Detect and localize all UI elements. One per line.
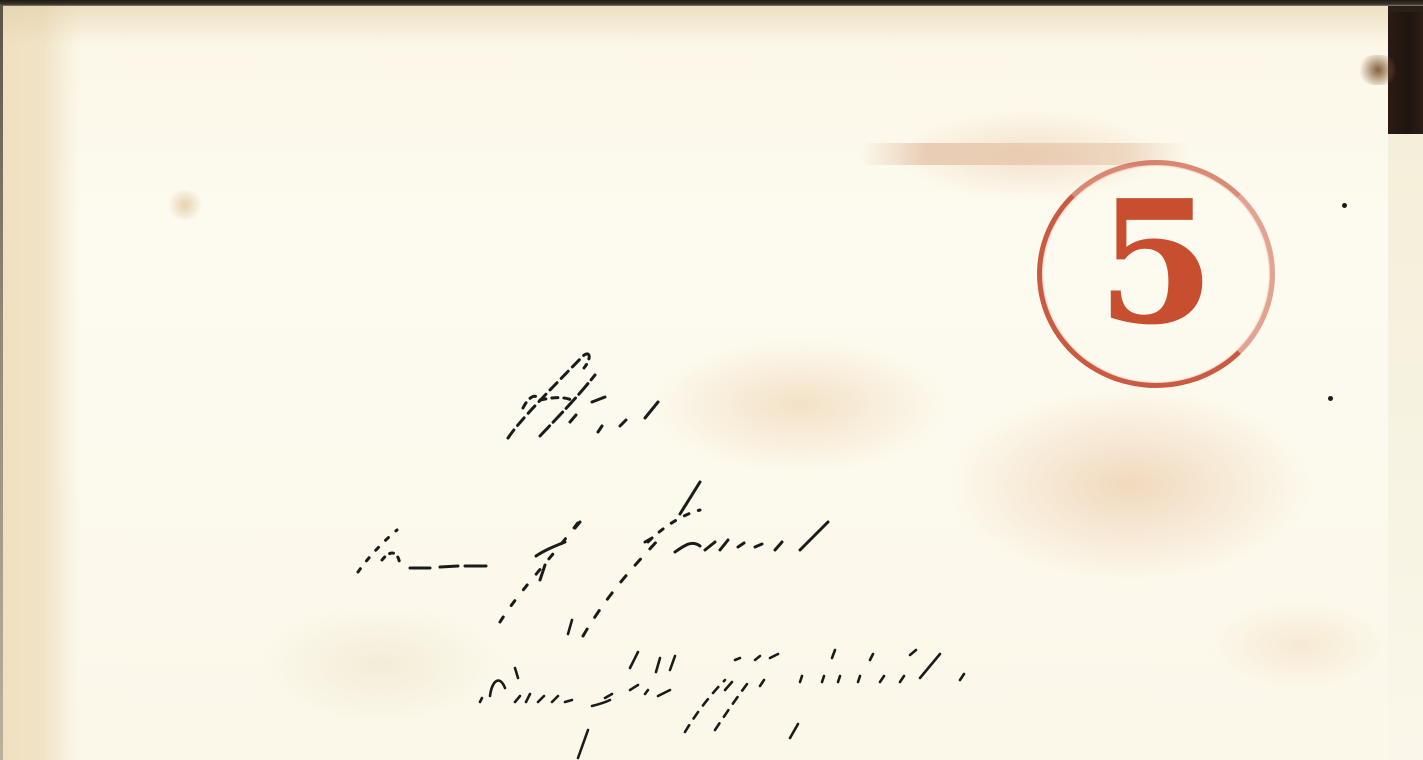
stain-spot xyxy=(165,190,205,220)
top-fold-shadow xyxy=(0,5,1388,45)
address-line-1-script xyxy=(340,470,1040,640)
address-line-1: Rev. ? Garrard xyxy=(340,470,1040,645)
ink-dot xyxy=(1342,203,1347,208)
left-edge xyxy=(0,5,3,760)
address-line-2: Corner of the fifth Avenue & xyxy=(460,620,1423,760)
rate-handstamp: 5 xyxy=(1037,160,1273,386)
routing-note: Per xyxy=(480,340,680,465)
routing-note-script xyxy=(480,340,680,460)
ink-smudge xyxy=(1360,55,1396,85)
top-dark-edge xyxy=(0,0,1423,6)
ink-dot xyxy=(1328,396,1333,401)
handstamp-rate-value: 5 xyxy=(1037,178,1275,348)
address-line-2-script xyxy=(460,620,1423,760)
envelope-scan: 5 Per Rev. ? Garrard xyxy=(0,0,1423,760)
